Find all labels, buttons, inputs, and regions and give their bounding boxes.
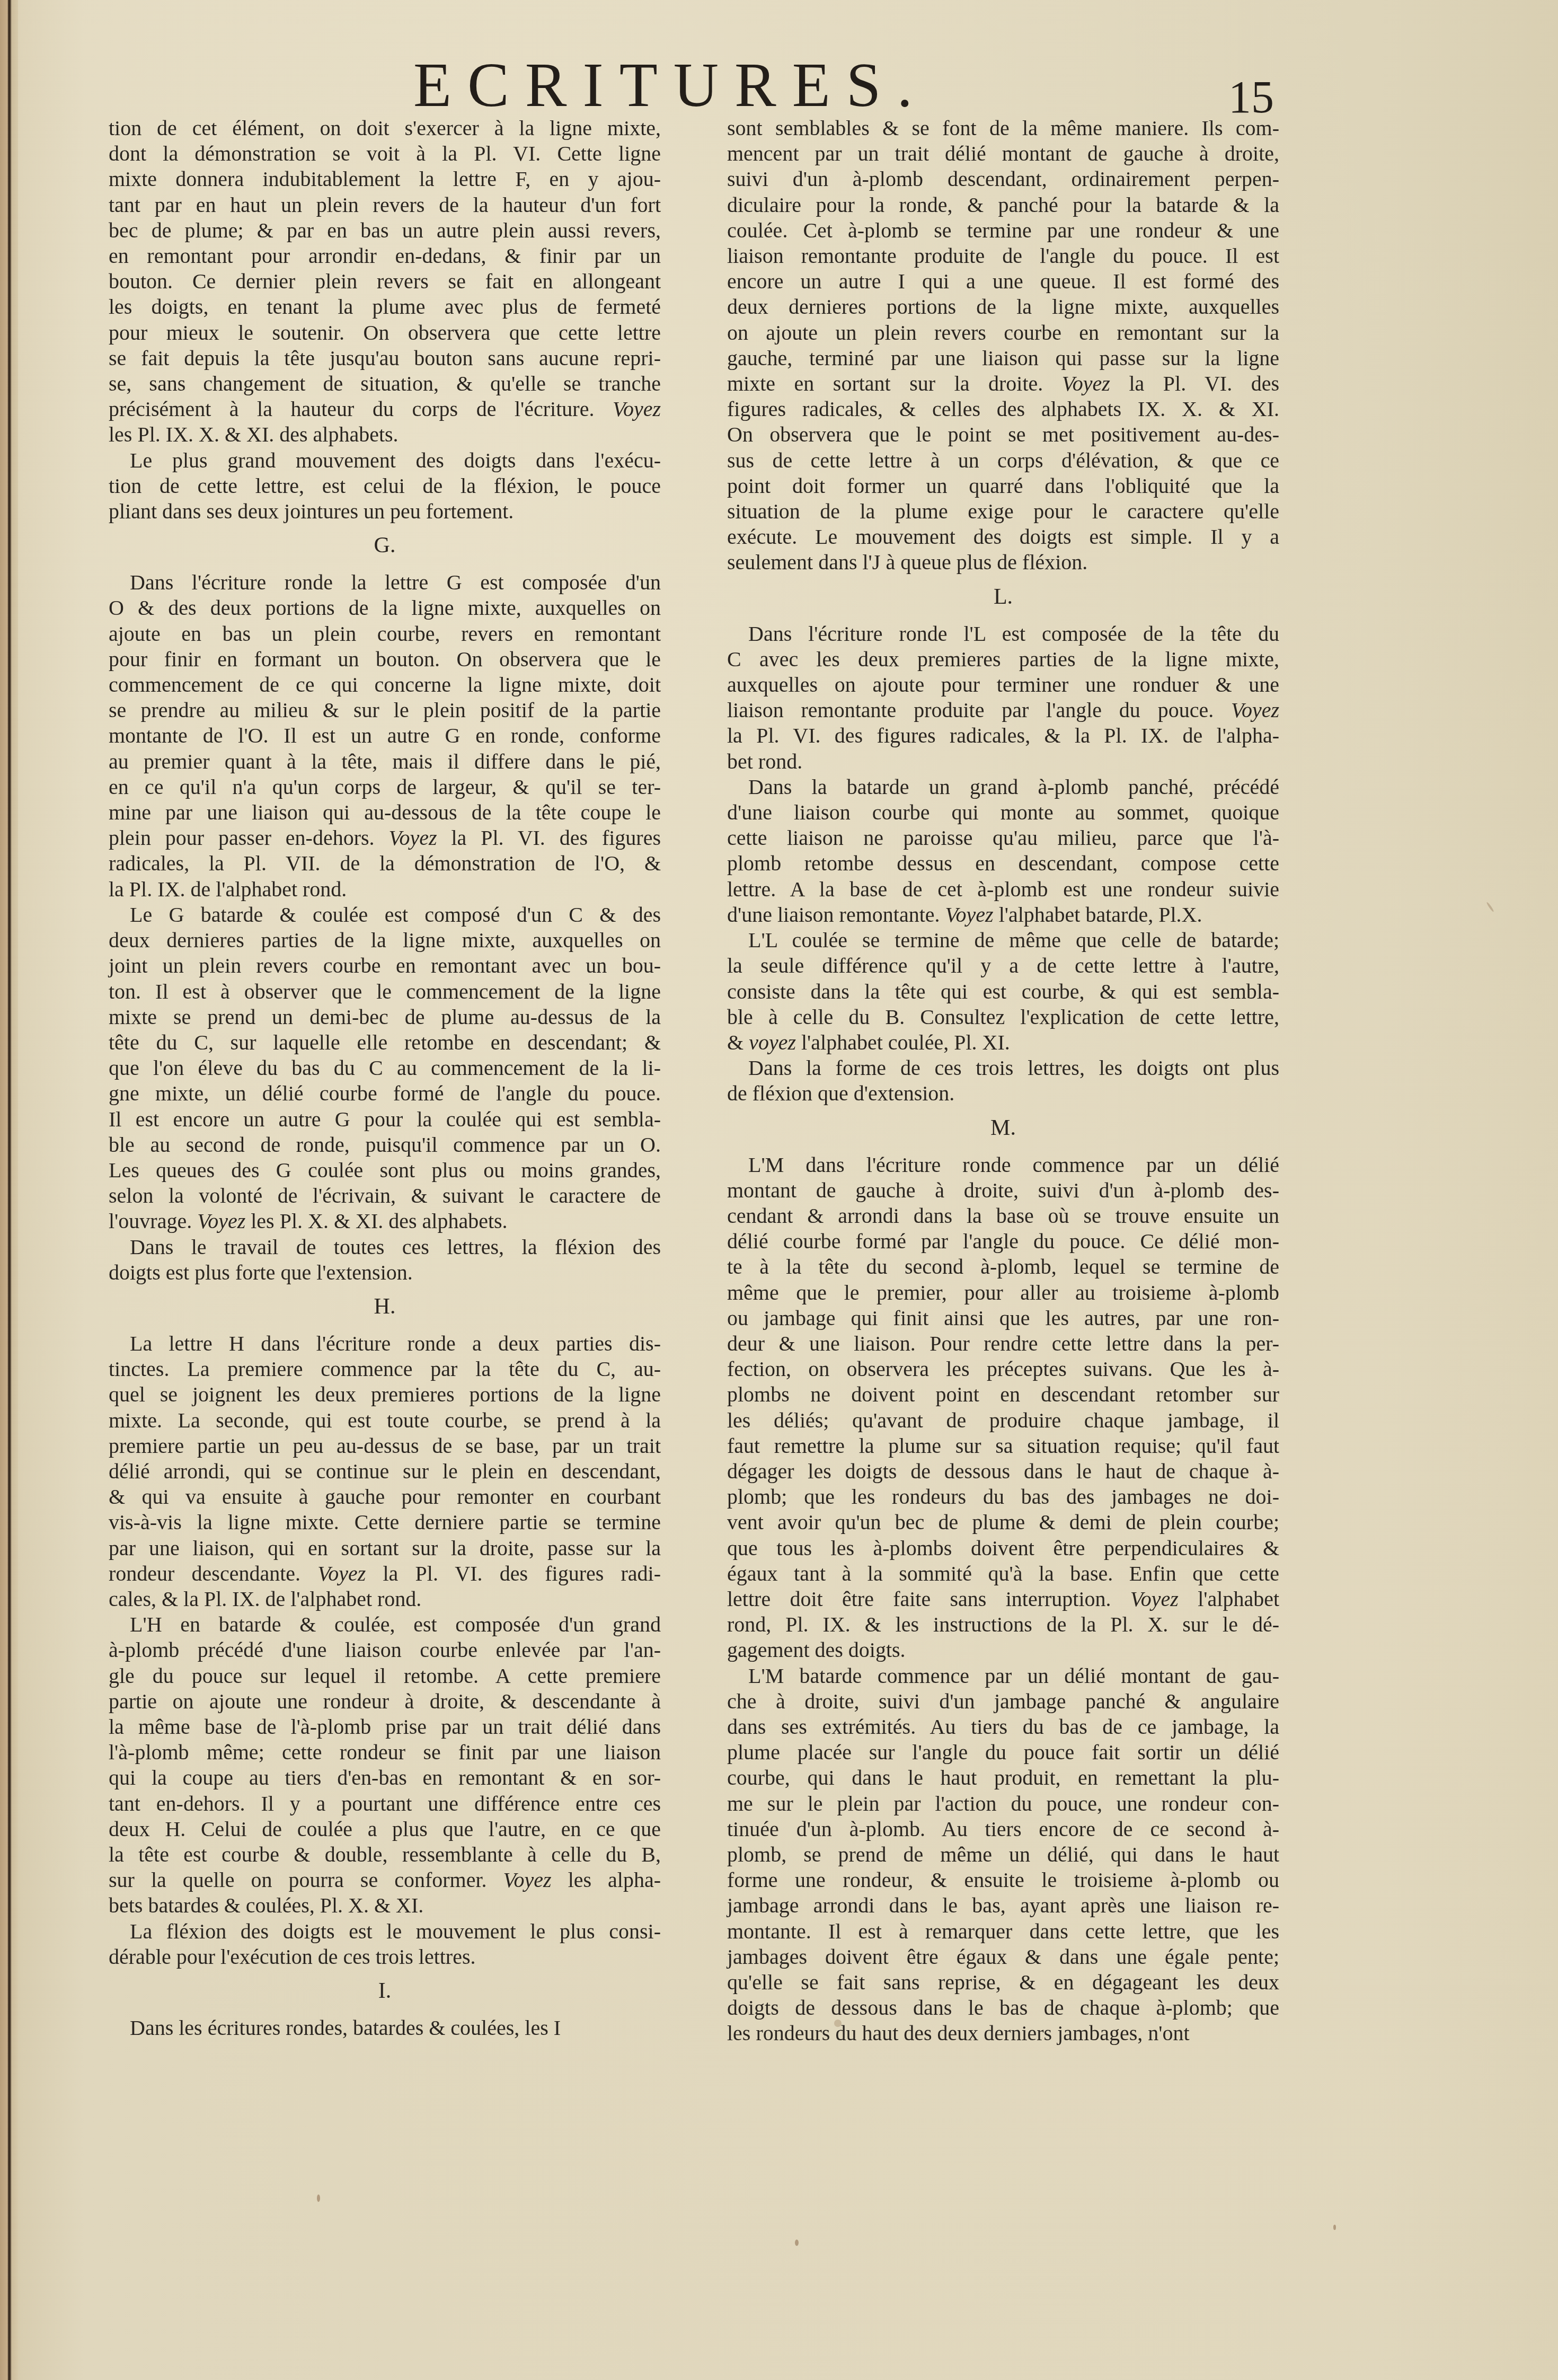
text-line: consiste dans la tête qui est courbe, & … <box>727 979 1279 1004</box>
text-line: se fait depuis la tête jusqu'au bouton s… <box>109 346 661 371</box>
text-line: jambage arrondi dans le bas, ayant après… <box>727 1893 1279 1918</box>
text-line: sur la quelle on pourra se conformer. Vo… <box>109 1867 661 1893</box>
section-heading-l: L. <box>727 584 1279 610</box>
text-line: pliant dans ses deux jointures un peu fo… <box>109 499 661 524</box>
text-line: ble à celle du B. Consultez l'explicatio… <box>727 1004 1279 1030</box>
text-line: deux dernieres parties de la ligne mixte… <box>109 928 661 953</box>
text-line: plombs ne doivent point en descendant re… <box>727 1382 1279 1407</box>
text-line: radicales, la Pl. VII. de la démonstrati… <box>109 851 661 876</box>
text-line: plein pour passer en-dehors. Voyez la Pl… <box>109 825 661 851</box>
book-page: ECRITURES. 15 tion de cet élément, on do… <box>0 0 1558 2380</box>
text-line: L'M batarde commence par un délié montan… <box>727 1663 1279 1689</box>
text-line: exécute. Le mouvement des doigts est sim… <box>727 524 1279 550</box>
paragraph: Dans le travail de toutes ces lettres, l… <box>109 1235 661 1285</box>
left-text-column: tion de cet élément, on doit s'exercer à… <box>109 116 661 2041</box>
paragraph: tion de cet élément, on doit s'exercer à… <box>109 116 661 448</box>
text-line: Dans la batarde un grand à-plomb panché,… <box>727 774 1279 800</box>
text-line: Dans la forme de ces trois lettres, les … <box>727 1055 1279 1081</box>
text-line: Les queues des G coulée sont plus ou moi… <box>109 1158 661 1183</box>
section-heading-i: I. <box>109 1978 661 2004</box>
text-line: d'une liaison remontante. Voyez l'alphab… <box>727 902 1279 928</box>
text-line: tête du C, sur laquelle elle retombe en … <box>109 1030 661 1055</box>
paragraph: Dans la batarde un grand à-plomb panché,… <box>727 774 1279 928</box>
text-line: deur & une liaison. Pour rendre cette le… <box>727 1331 1279 1356</box>
text-line: faut remettre la plume sur sa situation … <box>727 1433 1279 1459</box>
paper-fleck <box>795 2240 799 2246</box>
text-line: quel se joignent les deux premieres port… <box>109 1382 661 1407</box>
text-line: tinuée d'un à-plomb. Au tiers encore de … <box>727 1817 1279 1842</box>
text-line: mixte donnera indubitablement la lettre … <box>109 166 661 192</box>
text-line: suivi d'un à-plomb descendant, ordinaire… <box>727 166 1279 192</box>
text-line: commencement de ce qui concerne la ligne… <box>109 672 661 698</box>
text-line: gne mixte, un délié courbe formé de l'an… <box>109 1081 661 1106</box>
text-line: que tous les à-plombs doivent être perpe… <box>727 1536 1279 1561</box>
text-line: me sur le plein par l'action du pouce, u… <box>727 1791 1279 1817</box>
running-head: ECRITURES. <box>413 54 901 117</box>
text-line: deux H. Celui de coulée a plus que l'aut… <box>109 1817 661 1842</box>
text-line: gagement des doigts. <box>727 1637 1279 1663</box>
text-line: bouton. Ce dernier plein revers se fait … <box>109 269 661 294</box>
text-line: doigts est plus forte que l'extension. <box>109 1260 661 1285</box>
text-line: l'ouvrage. Voyez les Pl. X. & XI. des al… <box>109 1209 661 1234</box>
text-line: dégager les doigts de dessous dans le ha… <box>727 1459 1279 1484</box>
text-line: la même base de l'à-plomb prise par un t… <box>109 1714 661 1740</box>
text-line: la Pl. IX. de l'alphabet rond. <box>109 877 661 902</box>
text-line: que l'on éleve du bas du C au commenceme… <box>109 1055 661 1081</box>
text-line: mencent par un trait délié montant de ga… <box>727 141 1279 166</box>
text-line: dont la démonstration se voit à la Pl. V… <box>109 141 661 166</box>
text-line: selon la volonté de l'écrivain, & suivan… <box>109 1183 661 1209</box>
text-line: par une liaison, qui en sortant sur la d… <box>109 1536 661 1561</box>
text-line: encore un autre I qui a une queue. Il es… <box>727 269 1279 294</box>
text-line: gauche, terminé par une liaison qui pass… <box>727 346 1279 371</box>
text-line: montant de gauche à droite, suivi d'un à… <box>727 1178 1279 1203</box>
text-line: précisément à la hauteur du corps de l'é… <box>109 396 661 422</box>
text-line: les Pl. IX. X. & XI. des alphabets. <box>109 422 661 447</box>
text-line: la tête est courbe & double, ressemblant… <box>109 1842 661 1867</box>
text-line: Dans l'écriture ronde la lettre G est co… <box>109 570 661 595</box>
paragraph: Dans l'écriture ronde l'L est composée d… <box>727 621 1279 774</box>
text-line: auxquelles on ajoute pour terminer une r… <box>727 672 1279 698</box>
text-line: doigts de dessous dans le bas de chaque … <box>727 1995 1279 2021</box>
text-line: Il est encore un autre G pour la coulée … <box>109 1107 661 1132</box>
text-line: sus de cette lettre à un corps d'élévati… <box>727 448 1279 473</box>
text-line: On observera que le point se met positiv… <box>727 422 1279 447</box>
text-line: tant par en haut un plein revers de la h… <box>109 192 661 218</box>
text-line: point doit former un quarré dans l'obliq… <box>727 473 1279 499</box>
text-line: lettre. A la base de cet à-plomb est une… <box>727 877 1279 902</box>
text-line: bet rond. <box>727 749 1279 774</box>
paragraph: L'M batarde commence par un délié montan… <box>727 1663 1279 2047</box>
text-line: délié arrondi, qui se continue sur le pl… <box>109 1459 661 1484</box>
text-line: cette liaison ne paroisse qu'au milieu, … <box>727 825 1279 851</box>
paper-fleck <box>1333 2225 1336 2230</box>
text-line: lettre doit être faite sans interruption… <box>727 1586 1279 1612</box>
page-number: 15 <box>1228 74 1274 120</box>
text-line: ble au second de ronde, puisqu'il commen… <box>109 1132 661 1158</box>
text-line: L'L coulée se termine de même que celle … <box>727 928 1279 953</box>
text-line: & voyez l'alphabet coulée, Pl. XI. <box>727 1030 1279 1055</box>
section-heading-h: H. <box>109 1294 661 1319</box>
text-line: ou jambage qui finit ainsi que les autre… <box>727 1306 1279 1331</box>
text-line: Dans le travail de toutes ces lettres, l… <box>109 1235 661 1260</box>
text-line: égaux tant à la sommité qu'à la base. En… <box>727 1561 1279 1586</box>
text-line: mixte se prend un demi-bec de plume au-d… <box>109 1004 661 1030</box>
text-line: che à droite, suivi d'un jambage panché … <box>727 1689 1279 1714</box>
text-line: Le plus grand mouvement des doigts dans … <box>109 448 661 473</box>
text-line: les doigts, en tenant la plume avec plus… <box>109 294 661 320</box>
text-line: pour mieux le soutenir. On observera que… <box>109 320 661 346</box>
paragraph: sont semblables & se font de la même man… <box>727 116 1279 576</box>
text-line: vis-à-vis la ligne mixte. Cette derniere… <box>109 1510 661 1535</box>
text-line: tion de cette lettre, est celui de la fl… <box>109 473 661 499</box>
text-line: liaison remontante produite par l'angle … <box>727 698 1279 723</box>
text-line: jambages doivent être égaux & dans une é… <box>727 1944 1279 1970</box>
text-line: vent avoir qu'un bec de plume & demi de … <box>727 1510 1279 1535</box>
text-line: mixte en sortant sur la droite. Voyez la… <box>727 371 1279 396</box>
text-line: plomb; que les rondeurs du bas des jamba… <box>727 1484 1279 1510</box>
paragraph: Dans l'écriture ronde la lettre G est co… <box>109 570 661 902</box>
text-line: la Pl. VI. des figures radicales, & la P… <box>727 723 1279 748</box>
text-line: en remontant pour arrondir en-dedans, & … <box>109 243 661 269</box>
text-line: sont semblables & se font de la même man… <box>727 116 1279 141</box>
text-line: La lettre H dans l'écriture ronde a deux… <box>109 1331 661 1356</box>
text-line: la seule différence qu'il y a de cette l… <box>727 953 1279 979</box>
text-line: montante. Il est à remarquer dans cette … <box>727 1919 1279 1944</box>
text-line: les déliés; qu'avant de produire chaque … <box>727 1408 1279 1433</box>
text-line: se prendre au milieu & sur le plein posi… <box>109 698 661 723</box>
text-line: en ce qu'il n'a qu'un corps de largeur, … <box>109 774 661 800</box>
text-line: figures radicales, & celles des alphabet… <box>727 396 1279 422</box>
text-line: au premier quant à la tête, mais il diff… <box>109 749 661 774</box>
text-line: fection, on observera les préceptes suiv… <box>727 1356 1279 1382</box>
text-line: délié courbe formé par l'angle du pouce.… <box>727 1229 1279 1254</box>
text-line: deux dernieres portions de la ligne mixt… <box>727 294 1279 320</box>
text-line: te à la tête du second à-plomb, lequel s… <box>727 1254 1279 1280</box>
paragraph: L'H en batarde & coulée, est composée d'… <box>109 1612 661 1918</box>
text-line: L'M dans l'écriture ronde commence par u… <box>727 1152 1279 1178</box>
text-line: montante de l'O. Il est un autre G en ro… <box>109 723 661 748</box>
text-line: diculaire pour la ronde, & panché pour l… <box>727 192 1279 218</box>
paper-fleck <box>1486 902 1494 912</box>
text-line: joint un plein revers courbe en remontan… <box>109 953 661 979</box>
text-line: l'à-plomb même; cette rondeur se finit p… <box>109 1740 661 1765</box>
text-line: Dans les écritures rondes, batardes & co… <box>109 2015 661 2041</box>
text-line: les rondeurs du haut des deux derniers j… <box>727 2021 1279 2046</box>
text-line: & qui va ensuite à gauche pour remonter … <box>109 1484 661 1510</box>
text-line: O & des deux portions de la ligne mixte,… <box>109 595 661 621</box>
text-line: cendant & arrondi dans la base où se tro… <box>727 1203 1279 1229</box>
text-line: situation de la plume exige pour le cara… <box>727 499 1279 524</box>
paragraph: La lettre H dans l'écriture ronde a deux… <box>109 1331 661 1612</box>
paragraph: Dans les écritures rondes, batardes & co… <box>109 2015 661 2041</box>
text-line: tant en-dehors. Il y a pourtant une diff… <box>109 1791 661 1817</box>
paragraph: Dans la forme de ces trois lettres, les … <box>727 1055 1279 1106</box>
paper-fleck <box>834 2020 842 2027</box>
text-line: mixte. La seconde, qui est toute courbe,… <box>109 1408 661 1433</box>
text-line: plomb retombe dessus en descendant, comp… <box>727 851 1279 876</box>
text-line: forme une rondeur, & ensuite le troisiem… <box>727 1867 1279 1893</box>
paper-fleck <box>317 2194 320 2202</box>
text-line: qu'elle se fait sans reprise, & en dégag… <box>727 1970 1279 1995</box>
text-line: C avec les deux premieres parties de la … <box>727 647 1279 672</box>
text-line: bec de plume; & par en bas un autre plei… <box>109 218 661 243</box>
text-line: L'H en batarde & coulée, est composée d'… <box>109 1612 661 1637</box>
paragraph: La fléxion des doigts est le mouvement l… <box>109 1919 661 1970</box>
text-line: coulée. Cet à-plomb se termine par une r… <box>727 218 1279 243</box>
text-line: La fléxion des doigts est le mouvement l… <box>109 1919 661 1944</box>
text-line: gle du pouce sur lequel il retombe. A ce… <box>109 1663 661 1689</box>
book-spine-edge <box>0 0 18 2380</box>
section-heading-g: G. <box>109 533 661 558</box>
text-line: on ajoute un plein revers courbe en remo… <box>727 320 1279 346</box>
text-line: dérable pour l'exécution de ces trois le… <box>109 1944 661 1970</box>
text-line: ton. Il est à observer que le commenceme… <box>109 979 661 1004</box>
text-line: premiere partie un peu au-dessus de se b… <box>109 1433 661 1459</box>
text-line: qui la coupe au tiers d'en-bas en remont… <box>109 1765 661 1791</box>
text-line: à-plomb précédé d'une liaison courbe enl… <box>109 1637 661 1663</box>
text-line: rondeur descendante. Voyez la Pl. VI. de… <box>109 1561 661 1586</box>
section-heading-m: M. <box>727 1115 1279 1141</box>
paragraph: L'L coulée se termine de même que celle … <box>727 928 1279 1055</box>
text-line: Le G batarde & coulée est composé d'un C… <box>109 902 661 928</box>
text-line: courbe, qui dans le haut produit, en rem… <box>727 1765 1279 1791</box>
text-line: Dans l'écriture ronde l'L est composée d… <box>727 621 1279 647</box>
text-line: liaison remontante produite de l'angle d… <box>727 243 1279 269</box>
text-line: cales, & la Pl. IX. de l'alphabet rond. <box>109 1586 661 1612</box>
text-line: plume placée sur l'angle du pouce fait s… <box>727 1740 1279 1765</box>
text-line: dans ses extrémités. Au tiers du bas de … <box>727 1714 1279 1740</box>
paragraph: Le G batarde & coulée est composé d'un C… <box>109 902 661 1235</box>
text-line: partie on ajoute une rondeur à droite, &… <box>109 1689 661 1714</box>
text-line: d'une liaison courbe qui monte au sommet… <box>727 800 1279 825</box>
paragraph: Le plus grand mouvement des doigts dans … <box>109 448 661 525</box>
right-text-column: sont semblables & se font de la même man… <box>727 116 1279 2047</box>
text-line: de fléxion que d'extension. <box>727 1081 1279 1106</box>
text-line: tinctes. La premiere commence par la têt… <box>109 1356 661 1382</box>
text-line: se, sans changement de situation, & qu'e… <box>109 371 661 396</box>
text-line: même que le premier, pour aller au trois… <box>727 1280 1279 1306</box>
text-line: plomb, se prend de même un délié, qui da… <box>727 1842 1279 1867</box>
paragraph: L'M dans l'écriture ronde commence par u… <box>727 1152 1279 1663</box>
text-line: rond, Pl. IX. & les instructions de la P… <box>727 1612 1279 1637</box>
text-line: tion de cet élément, on doit s'exercer à… <box>109 116 661 141</box>
text-line: ajoute en bas un plein courbe, revers en… <box>109 621 661 647</box>
text-line: seulement dans l'J à queue plus de fléxi… <box>727 550 1279 575</box>
text-line: bets batardes & coulées, Pl. X. & XI. <box>109 1893 661 1918</box>
text-line: mine par une liaison qui au-dessous de l… <box>109 800 661 825</box>
text-line: pour finir en formant un bouton. On obse… <box>109 647 661 672</box>
